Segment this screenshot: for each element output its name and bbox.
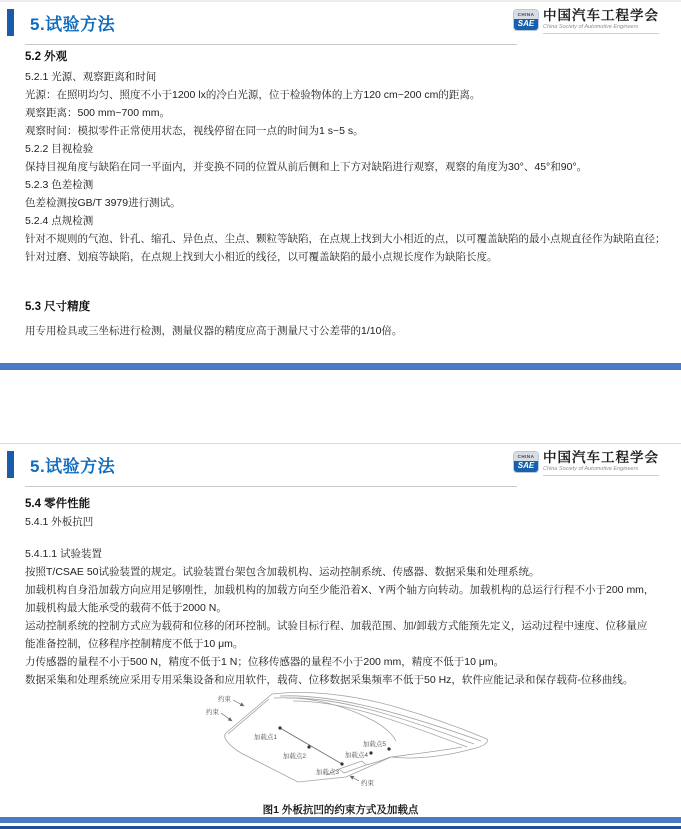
document-page-1: 5.试验方法 CHINA SAE 中国汽车工程学会 China Society … (0, 0, 681, 370)
page1-divider-bar (0, 363, 681, 370)
body-line: 光源：在照明均匀、照度不小于1200 lx的冷白光源，位于检验物体的上方120 … (25, 86, 663, 104)
document-view: 5.试验方法 CHINA SAE 中国汽车工程学会 China Society … (0, 0, 681, 829)
page2-content: 5.4 零件性能 5.4.1 外板抗凹 5.4.1.1 试验装置 按照T/CSA… (25, 497, 663, 689)
org-name-block: 中国汽车工程学会 China Society of Automotive Eng… (543, 8, 659, 34)
header-rule (25, 486, 517, 487)
sae-badge-china-text: CHINA (514, 452, 538, 461)
body-line: 针对过磨、划痕等缺陷，在点规上找到大小相近的线径，以可覆盖缺陷的最小点规长度作为… (25, 248, 663, 266)
page2-divider-bar (0, 817, 681, 823)
sae-badge-sae-text: SAE (514, 19, 538, 30)
page-title: 5.试验方法 (30, 10, 115, 35)
constraint-label: 约束 (361, 778, 375, 787)
body-line: 色差检测按GB/T 3979进行测试。 (25, 194, 663, 212)
sae-badge-sae-text: SAE (514, 461, 538, 472)
org-name-block: 中国汽车工程学会 China Society of Automotive Eng… (543, 450, 659, 476)
page1-header: 5.试验方法 CHINA SAE 中国汽车工程学会 China Society … (0, 2, 681, 46)
sae-badge-icon: CHINA SAE (514, 10, 538, 30)
sae-logo: CHINA SAE 中国汽车工程学会 China Society of Auto… (514, 8, 659, 34)
body-line: 加载机构最大能承受的载荷不低于2000 N。 (25, 599, 663, 617)
sae-badge-icon: CHINA SAE (514, 452, 538, 472)
section-heading-5-3: 5.3 尺寸精度 (25, 300, 663, 314)
load-point-dot-2 (307, 745, 310, 748)
figure-1: 约束 约束 约束 加载点1 加载点2 加载点3 加载点4 加载点5 图1 外板抗… (176, 691, 506, 817)
sae-logo: CHINA SAE 中国汽车工程学会 China Society of Auto… (514, 450, 659, 476)
section-heading-5-4: 5.4 零件性能 (25, 497, 663, 511)
body-line: 5.2.2 目视检验 (25, 140, 663, 158)
body-line: 5.4.1 外板抗凹 (25, 513, 663, 531)
load-point-label-2: 加载点2 (282, 751, 306, 760)
load-point-label-5: 加载点5 (362, 739, 386, 748)
page1-content: 5.2 外观 5.2.1 光源、观察距离和时间 光源：在照明均匀、照度不小于12… (25, 50, 663, 340)
page-title: 5.试验方法 (30, 452, 115, 477)
body-line: 5.4.1.1 试验装置 (25, 545, 663, 563)
org-name-cn: 中国汽车工程学会 (543, 8, 659, 23)
body-line: 运动控制系统的控制方式应为载荷和位移的闭环控制。试验目标行程、加载范围、加/卸载… (25, 617, 663, 635)
org-name-en: China Society of Automotive Engineers (543, 23, 659, 34)
load-point-dot-1 (278, 726, 281, 729)
header-rule (25, 44, 517, 45)
header-accent-bar (7, 451, 14, 478)
page2-header: 5.试验方法 CHINA SAE 中国汽车工程学会 China Society … (0, 444, 681, 488)
org-name-en: China Society of Automotive Engineers (543, 465, 659, 476)
hood-diagram: 约束 约束 约束 加载点1 加载点2 加载点3 加载点4 加载点5 (176, 691, 506, 796)
body-line: 保持目视角度与缺陷在同一平面内，并变换不同的位置从前后侧和上下方对缺陷进行观察，… (25, 158, 663, 176)
body-line: 能准备控制，位移程序控制精度不低于10 μm。 (25, 635, 663, 653)
body-line: 5.2.3 色差检测 (25, 176, 663, 194)
header-accent-bar (7, 9, 14, 36)
body-line: 力传感器的量程不小于500 N，精度不低于1 N；位移传感器的量程不小于200 … (25, 653, 663, 671)
sae-badge-china-text: CHINA (514, 10, 538, 19)
load-point-dot-3 (340, 762, 343, 765)
constraint-label: 约束 (218, 694, 232, 703)
body-line: 观察距离：500 mm~700 mm。 (25, 104, 663, 122)
section-heading-5-2: 5.2 外观 (25, 50, 663, 64)
body-line: 加载机构自身沿加载方向应用足够刚性，加载机构的加载方向至少能沿着X、Y两个轴方向… (25, 581, 663, 599)
body-line: 用专用检具或三坐标进行检测，测量仪器的精度应高于测量尺寸公差带的1/10倍。 (25, 322, 663, 340)
body-line: 观察时间：模拟零件正常使用状态，视线停留在同一点的时间为1 s~5 s。 (25, 122, 663, 140)
load-point-dot-4 (369, 751, 372, 754)
document-page-2: 5.试验方法 CHINA SAE 中国汽车工程学会 China Society … (0, 443, 681, 829)
body-line: 5.2.1 光源、观察距离和时间 (25, 68, 663, 86)
figure-caption: 图1 外板抗凹的约束方式及加载点 (176, 802, 506, 817)
org-name-cn: 中国汽车工程学会 (543, 450, 659, 465)
load-point-label-4: 加载点4 (344, 750, 368, 759)
body-line: 按照T/CSAE 50试验装置的规定。试验装置台架包含加载机构、运动控制系统、传… (25, 563, 663, 581)
body-line: 5.2.4 点规检测 (25, 212, 663, 230)
body-line: 数据采集和处理系统应采用专用采集设备和应用软件，载荷、位移数据采集频率不低于50… (25, 671, 663, 689)
load-point-label-1: 加载点1 (253, 732, 277, 741)
load-point-label-3: 加载点3 (315, 767, 339, 776)
load-point-dot-5 (387, 747, 390, 750)
constraint-label: 约束 (206, 707, 220, 716)
body-line: 针对不规则的气泡、针孔、缩孔、异色点、尘点、颗粒等缺陷，在点规上找到大小相近的点… (25, 230, 663, 248)
